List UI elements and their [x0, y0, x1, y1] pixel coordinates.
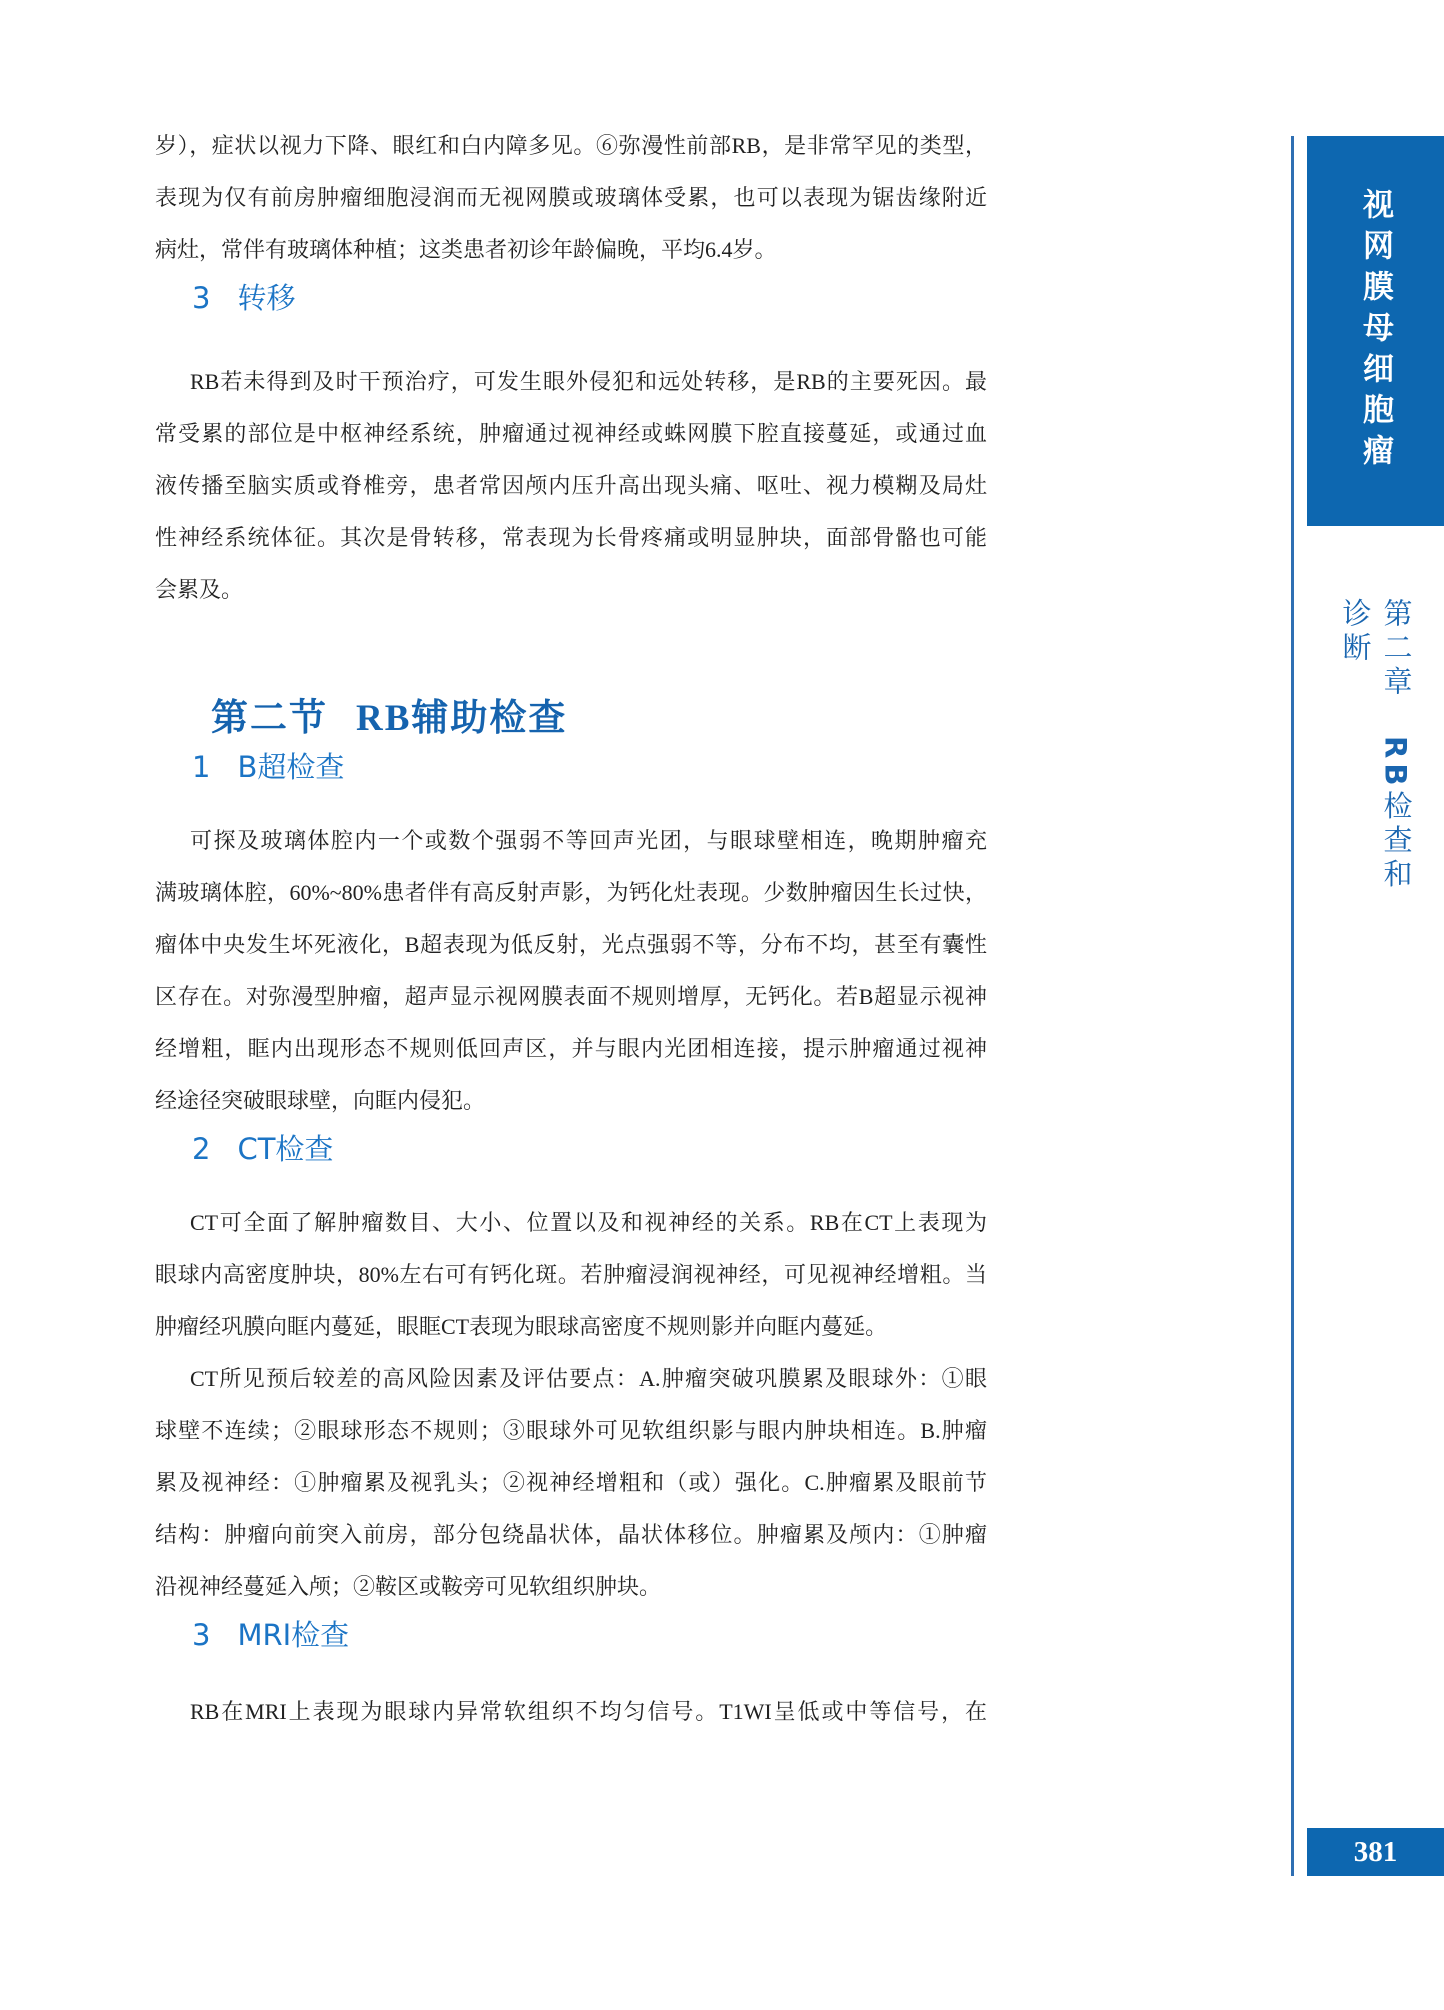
heading-number: 2 — [192, 1132, 210, 1166]
chapter-tab-title: 视网膜母细胞瘤 — [1353, 188, 1398, 475]
heading-title: B超检查 — [237, 750, 344, 784]
page-number-box: 381 — [1307, 1828, 1444, 1876]
text-line: 肿瘤经巩膜向眶内蔓延，眼眶CT表现为眼球高密度不规则影并向眶内蔓延。 — [155, 1301, 987, 1353]
chapter-number-label: 第二章 — [1380, 598, 1412, 700]
section-label: 第二节 — [211, 698, 328, 739]
text-line: 经途径突破眼球壁，向眶内侵犯。 — [155, 1075, 987, 1127]
text-line: 可探及玻璃体腔内一个或数个强弱不等回声光团，与眼球壁相连，晚期肿瘤充 — [155, 815, 987, 867]
heading-title: MRI检查 — [237, 1618, 349, 1652]
text-line: 经增粗，眶内出现形态不规则低回声区，并与眼内光团相连接，提示肿瘤通过视神 — [155, 1023, 987, 1075]
heading-title: 转移 — [237, 281, 295, 315]
text-line: 球壁不连续；②眼球形态不规则；③眼球外可见软组织影与眼内肿块相连。B.肿瘤 — [155, 1405, 987, 1457]
heading-number: 3 — [192, 1618, 210, 1652]
heading-mri: 3MRI检查 — [155, 1613, 987, 1657]
paragraph-metastasis: RB若未得到及时干预治疗，可发生眼外侵犯和远处转移，是RB的主要死因。最常受累的… — [155, 356, 987, 616]
text-line: 性神经系统体征。其次是骨转移，常表现为长骨疼痛或明显肿块，面部骨骼也可能 — [155, 512, 987, 564]
text-line: 区存在。对弥漫型肿瘤，超声显示视网膜表面不规则增厚，无钙化。若B超显示视神 — [155, 971, 987, 1023]
paragraph-intro-continuation: 岁），症状以视力下降、眼红和白内障多见。⑥弥漫性前部RB，是非常罕见的类型，表现… — [155, 120, 987, 276]
text-line: 常受累的部位是中枢神经系统，肿瘤通过视神经或蛛网膜下腔直接蔓延，或通过血 — [155, 408, 987, 460]
text-line: 瘤体中央发生坏死液化，B超表现为低反射，光点强弱不等，分布不均，甚至有囊性 — [155, 919, 987, 971]
text-line: RB若未得到及时干预治疗，可发生眼外侵犯和远处转移，是RB的主要死因。最 — [155, 356, 987, 408]
heading-number: 3 — [192, 281, 210, 315]
section-heading: 第二节RB辅助检查 — [155, 693, 987, 745]
heading-metastasis: 3转移 — [155, 276, 987, 320]
text-line: 病灶，常伴有玻璃体种植；这类患者初诊年龄偏晚，平均6.4岁。 — [155, 224, 987, 276]
chapter-tab: 视网膜母细胞瘤 — [1307, 136, 1444, 526]
text-line: 眼球内高密度肿块，80%左右可有钙化斑。若肿瘤浸润视神经，可见视神经增粗。当 — [155, 1249, 987, 1301]
page-number: 381 — [1354, 1836, 1398, 1869]
heading-number: 1 — [192, 750, 210, 784]
chapter-title-latin: RB — [1379, 736, 1413, 790]
text-line: 岁），症状以视力下降、眼红和白内障多见。⑥弥漫性前部RB，是非常罕见的类型， — [155, 120, 987, 172]
paragraph-ct-2: CT所见预后较差的高风险因素及评估要点：A.肿瘤突破巩膜累及眼球外：①眼球壁不连… — [155, 1353, 987, 1613]
text-line: RB在MRI上表现为眼球内异常软组织不均匀信号。T1WI呈低或中等信号，在 — [155, 1686, 987, 1738]
heading-title: CT检查 — [237, 1132, 333, 1166]
paragraph-b-ultrasound: 可探及玻璃体腔内一个或数个强弱不等回声光团，与眼球壁相连，晚期肿瘤充满玻璃体腔，… — [155, 815, 987, 1127]
text-line: 结构：肿瘤向前突入前房，部分包绕晶状体，晶状体移位。肿瘤累及颅内：①肿瘤 — [155, 1509, 987, 1561]
text-line: 满玻璃体腔，60%~80%患者伴有高反射声影，为钙化灶表现。少数肿瘤因生长过快， — [155, 867, 987, 919]
text-line: CT可全面了解肿瘤数目、大小、位置以及和视神经的关系。RB在CT上表现为 — [155, 1197, 987, 1249]
main-text-column: 岁），症状以视力下降、眼红和白内障多见。⑥弥漫性前部RB，是非常罕见的类型，表现… — [155, 0, 987, 1738]
heading-b-ultrasound: 1B超检查 — [155, 745, 987, 789]
text-line: 表现为仅有前房肿瘤细胞浸润而无视网膜或玻璃体受累，也可以表现为锯齿缘附近 — [155, 172, 987, 224]
section-title: RB辅助检查 — [356, 698, 567, 739]
text-line: 会累及。 — [155, 564, 987, 616]
text-line: 累及视神经：①肿瘤累及视乳头；②视神经增粗和（或）强化。C.肿瘤累及眼前节 — [155, 1457, 987, 1509]
text-line: 沿视神经蔓延入颅；②鞍区或鞍旁可见软组织肿块。 — [155, 1561, 987, 1613]
text-line: 液传播至脑实质或脊椎旁，患者常因颅内压升高出现头痛、呕吐、视力模糊及局灶 — [155, 460, 987, 512]
paragraph-mri: RB在MRI上表现为眼球内异常软组织不均匀信号。T1WI呈低或中等信号，在 — [155, 1686, 987, 1738]
chapter-label: 第二章RB检查和诊断 — [1307, 598, 1444, 918]
book-page: 岁），症状以视力下降、眼红和白内障多见。⑥弥漫性前部RB，是非常罕见的类型，表现… — [0, 0, 1444, 2010]
text-line: CT所见预后较差的高风险因素及评估要点：A.肿瘤突破巩膜累及眼球外：①眼 — [155, 1353, 987, 1405]
paragraph-ct-1: CT可全面了解肿瘤数目、大小、位置以及和视神经的关系。RB在CT上表现为眼球内高… — [155, 1197, 987, 1353]
sidebar-vertical-rule — [1291, 136, 1294, 1876]
heading-ct: 2CT检查 — [155, 1127, 987, 1171]
